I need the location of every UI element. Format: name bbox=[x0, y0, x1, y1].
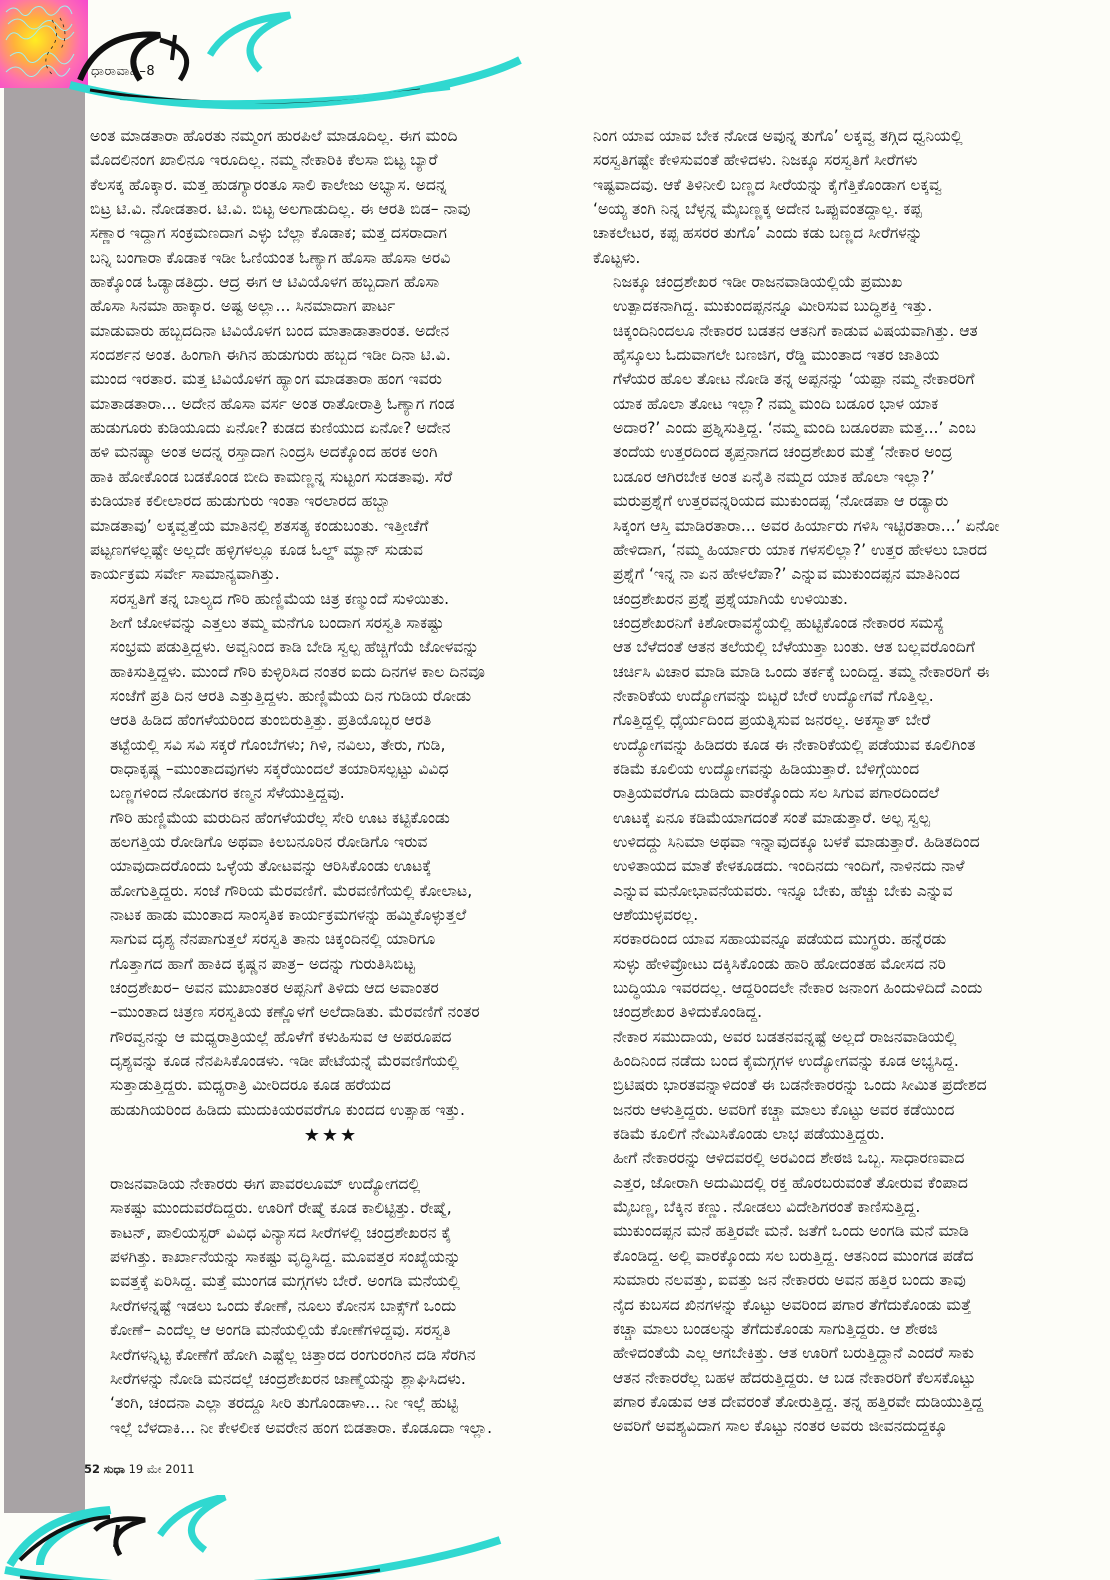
text-line: ಕುಡಿಯಾಕ ಕಲೀಲಾರದ ಹುಡುಗುರು ಇಂತಾ ಇರಲಾರದ ಹಬ್… bbox=[90, 489, 572, 513]
text-line: ರಾಧಾಕೃಷ್ಣ –ಮುಂತಾದವುಗಳು ಸಕ್ಕರೆಯಿಂದಲೆ ತಯಾರ… bbox=[90, 757, 572, 781]
text-line: ಕಾರ್ಯಕ್ರಮ ಸರ್ವೇ ಸಾಮಾನ್ಯವಾಗಿತ್ತು. bbox=[90, 562, 572, 586]
text-line: ಜನರು ಆಳುತ್ತಿದ್ದರು. ಅವರಿಗೆ ಕಚ್ಚಾ ಮಾಲು ಕೊಟ… bbox=[593, 1098, 1075, 1122]
text-line: ಚಂದ್ರಶೇಖರನ ಪ್ರಶ್ನೆ ಪ್ರಶ್ನೆಯಾಗಿಯೆ ಉಳಿಯಿತು… bbox=[593, 587, 1075, 611]
paragraph: ನೇಕಾರ ಸಮುದಾಯ, ಅವರ ಬಡತನವನ್ನಷ್ಟೆ ಅಲ್ಲದೆ ರಾ… bbox=[593, 1025, 1075, 1147]
text-line: ಹಾಕಿಸುತ್ತಿದ್ದಳು. ಮುಂದೆ ಗೌರಿ ಕುಳ್ಳಿರಿಸಿದ … bbox=[90, 660, 572, 684]
text-line: ಹೇಳಿದಾಗ, ‘ನಮ್ಮ ಹಿರ್ಯಾರು ಯಾಕ ಗಳಸಲಿಲ್ಲಾ?’ … bbox=[593, 538, 1075, 562]
text-line: ಹುಡುಗೂರು ಕುಡಿಯೂದು ಏನೋ? ಕುಡದ ಕುಣಿಯುದ ಏನೋ?… bbox=[90, 416, 572, 440]
text-line: ಸಿಕ್ಕಂಗ ಆಸ್ತಿ ಮಾಡಿರತಾರಾ... ಅವರ ಹಿರ್ಯಾರು … bbox=[593, 514, 1075, 538]
left-column: ಅಂತ ಮಾಡತಾರಾ ಹೊರತು ನಮ್ಮಂಗ ಹುರಪಿಲೆ ಮಾಡೂದಿಲ… bbox=[90, 124, 572, 1440]
issue-date: 19 ಮೇ 2011 bbox=[129, 1462, 195, 1476]
text-line: ಬಡೂರ ಆಗಿರಬೇಕ ಅಂತ ಏನೈತಿ ನಮ್ಮದ ಯಾಕ ಹೊಲಾ ಇಲ… bbox=[593, 465, 1075, 489]
paragraph: ಚಂದ್ರಶೇಖರನಿಗೆ ಕಿಶೋರಾವಸ್ಥೆಯಲ್ಲಿ ಹುಟ್ಟಿಕೊಂ… bbox=[593, 611, 1075, 927]
text-line: ಯಾವುದಾದರೊಂದು ಒಳ್ಳೆಯ ತೋಟವನ್ನು ಆರಿಸಿಕೊಂಡು … bbox=[90, 854, 572, 878]
swoosh-ornament-icon bbox=[60, 10, 560, 110]
text-line: ಸಣ್ಣಾರ ಇದ್ದಾಗ ಸಂಕ್ರಮಣದಾಗ ಎಳ್ಳು ಬೆಲ್ಲಾ ಕೊ… bbox=[90, 221, 572, 245]
text-line: ತಟ್ಟೆಯಲ್ಲಿ ಸವಿ ಸವಿ ಸಕ್ಕರೆ ಗೊಂಬೆಗಳು; ಗಿಳಿ… bbox=[90, 733, 572, 757]
text-line: ಉತ್ಪಾದಕನಾಗಿದ್ದ. ಮುಕುಂದಪ್ಪನನ್ನೂ ಮೀರಿಸುವ ಬ… bbox=[593, 294, 1075, 318]
text-line: ಬಣ್ಣಗಳಿಂದ ನೋಡುಗರ ಕಣ್ಮನ ಸೆಳೆಯುತ್ತಿದ್ದವು. bbox=[90, 781, 572, 805]
text-line: ನೇಕಾರಿಕೆಯ ಉದ್ಯೋಗವನ್ನು ಬಿಟ್ಟರೆ ಬೇರೆ ಉದ್ಯೋ… bbox=[593, 684, 1075, 708]
text-line: ಹಾಕಿ ಹೋಕೊಂಡ ಬಡಕೊಂಡ ಬೀದಿ ಕಾಮಣ್ಣನ್ನ ಸುಟ್ಟಂ… bbox=[90, 465, 572, 489]
text-line: ಸಂಭ್ರಮ ಪಡುತ್ತಿದ್ದಳು. ಅವ್ವನಿಂದ ಕಾಡಿ ಬೇಡಿ … bbox=[90, 635, 572, 659]
side-strip bbox=[4, 88, 85, 1513]
text-line: ಸಾಗುವ ದೃಶ್ಯ ನೆನಪಾಗುತ್ತಲೆ ಸರಸ್ವತಿ ತಾನು ಚಿ… bbox=[90, 927, 572, 951]
paragraph: ನಿಜಕ್ಕೂ ಚಂದ್ರಶೇಖರ ಇಡೀ ರಾಜನವಾಡಿಯಲ್ಲಿಯೆ ಪ್… bbox=[593, 270, 1075, 611]
text-line: ಚಿಕ್ಕಂದಿನಿಂದಲೂ ನೇಕಾರರ ಬಡತನ ಆತನಿಗೆ ಕಾಡುವ … bbox=[593, 319, 1075, 343]
text-line: ಅದಾರ?’ ಎಂದು ಪ್ರಶ್ನಿಸುತ್ತಿದ್ದ. ‘ನಮ್ಮ ಮಂದಿ… bbox=[593, 416, 1075, 440]
text-line: ಶೀಗೆ ಜೋಳವನ್ನು ಎತ್ತಲು ತಮ್ಮ ಮನೆಗೂ ಬಂದಾಗ ಸರ… bbox=[90, 611, 572, 635]
text-line: ಉಳಿದದ್ದು ಸಿನಿಮಾ ಅಥವಾ ಇನ್ನಾವುದಕ್ಕೂ ಬಳಕೆ ಮ… bbox=[593, 830, 1075, 854]
text-line: ಅವರಿಗೆ ಅವಶ್ಯವಿದಾಗ ಸಾಲ ಕೊಟ್ಟು ನಂತರ ಅವರು ಜ… bbox=[593, 1414, 1075, 1438]
text-line: ಸರಸ್ವತಿಗೆ ತನ್ನ ಬಾಲ್ಯದ ಗೌರಿ ಹುಣ್ಣಿಮೆಯ ಚಿತ… bbox=[90, 587, 572, 611]
text-line: ದೃಶ್ಯವನ್ನು ಕೂಡ ನೆನಪಿಸಿಕೊಂಡಳು. ಇಡೀ ಪೇಟೆಯನ… bbox=[90, 1049, 572, 1073]
text-line: ಹೊಸಾ ಸಿನಮಾ ಹಾಕ್ಕಾರ. ಅಷ್ಟ ಅಲ್ಲಾ... ಸಿನಮಾದ… bbox=[90, 294, 572, 318]
text-line: ಸುತ್ತಾಡುತ್ತಿದ್ದರು. ಮಧ್ಯರಾತ್ರಿ ಮೀರಿದರೂ ಕೂ… bbox=[90, 1073, 572, 1097]
text-line: ಕೆಲಸಕ್ಕ ಹೊಕ್ಕಾರ. ಮತ್ತ ಹುಡಗ್ಯಾರಂತೂ ಸಾಲಿ ಕ… bbox=[90, 173, 572, 197]
text-line: ಐವತ್ತಕ್ಕೆ ಏರಿಸಿದ್ದ. ಮತ್ತೆ ಮುಂಗಡ ಮಗ್ಗಗಳು … bbox=[90, 1269, 572, 1293]
text-line: ಆತನ ನೇಕಾರರೆಲ್ಲ ಬಹಳ ಹೆದರುತ್ತಿದ್ದರು. ಆ ಬಡ … bbox=[593, 1366, 1075, 1390]
text-line: ಇಷ್ಟವಾದವು. ಆಕೆ ತಿಳಿನೀಲಿ ಬಣ್ಣದ ಸೀರೆಯನ್ನು … bbox=[593, 173, 1075, 197]
text-line: ಬಿಟ್ರ ಟಿ.ವಿ. ನೋಡತಾರ. ಟಿ.ವಿ. ಬಿಟ್ಟ ಅಲಗಾಡು… bbox=[90, 197, 572, 221]
text-line: ತಂದೆಯ ಉತ್ತರದಿಂದ ತೃಪ್ತನಾಗದ ಚಂದ್ರಶೇಖರ ಮತ್ತ… bbox=[593, 440, 1075, 464]
text-line: ಆತ ಬೆಳೆದಂತೆ ಆತನ ತಲೆಯಲ್ಲಿ ಬೆಳೆಯುತ್ತಾ ಬಂತು… bbox=[593, 635, 1075, 659]
text-line: ಚಾಕಲೇಟರ, ಕಪ್ಪ ಹಸರರ ತುಗೊ’ ಎಂದು ಕಡು ಬಣ್ಣದ … bbox=[593, 221, 1075, 245]
text-line: ಚರ್ಚಿಸಿ ವಿಚಾರ ಮಾಡಿ ಮಾಡಿ ಒಂದು ತರ್ಕಕ್ಕೆ ಬಂ… bbox=[593, 660, 1075, 684]
text-line: ಯಾಕ ಹೊಲಾ ತೋಟ ಇಲ್ಲಾ? ನಮ್ಮ ಮಂದಿ ಬಡೂರ ಭಾಳ ಯ… bbox=[593, 392, 1075, 416]
text-line: ಊಟಕ್ಕೆ ಏನೂ ಕಡಿಮೆಯಾಗದಂತೆ ಸಂತೆ ಮಾಡುತ್ತಾರೆ.… bbox=[593, 806, 1075, 830]
text-line: ಗೆಳೆಯರ ಹೊಲ ತೋಟ ನೋಡಿ ತನ್ನ ಅಪ್ಪನನ್ನು ‘ಯಪ್ಪ… bbox=[593, 367, 1075, 391]
text-line: ನಿಜಕ್ಕೂ ಚಂದ್ರಶೇಖರ ಇಡೀ ರಾಜನವಾಡಿಯಲ್ಲಿಯೆ ಪ್… bbox=[593, 270, 1075, 294]
text-line: ಮಾಡುವಾರು ಹಬ್ಬದದಿನಾ ಟಿವಿಯೊಳಗ ಬಂದ ಮಾತಾಡಾತಾ… bbox=[90, 319, 572, 343]
text-line: ಬ್ರಿಟಿಷರು ಭಾರತವನ್ನಾಳಿದಂತೆ ಈ ಬಡನೇಕಾರರನ್ನು… bbox=[593, 1073, 1075, 1097]
text-line: ಎನ್ನುವ ಮನೋಭಾವನೆಯವರು. ಇನ್ನೂ ಬೇಕು, ಹೆಚ್ಚು … bbox=[593, 879, 1075, 903]
text-line: ಕಡಿಮೆ ಕೂಲಿಗೆ ನೇಮಿಸಿಕೊಂಡು ಲಾಭ ಪಡೆಯುತ್ತಿದ್… bbox=[593, 1122, 1075, 1146]
text-line: ನಿಂಗ ಯಾವ ಯಾವ ಬೇಕ ನೋಡ ಅವುನ್ನ ತುಗೊ’ ಲಕ್ಕವ್… bbox=[593, 124, 1075, 148]
text-line: ಗೌರಿ ಹುಣ್ಣಿಮೆಯ ಮರುದಿನ ಹೆಂಗಳೆಯರೆಲ್ಲ ಸೇರಿ … bbox=[90, 806, 572, 830]
paragraph: ರಾಜನವಾಡಿಯ ನೇಕಾರರು ಈಗ ಪಾವರಲೂಮ್ ಉದ್ಯೋಗದಲ್ಲ… bbox=[90, 1172, 572, 1391]
text-line: ಕೋಣೆ– ಎಂದೆಲ್ಲ ಆ ಅಂಗಡಿ ಮನೆಯಲ್ಲಿಯೆ ಕೋಣೆಗಳಿ… bbox=[90, 1318, 572, 1342]
text-line: ಹಳಿ ಮನಷ್ಯಾ ಅಂತ ಅದನ್ನ ರಸ್ತಾದಾಗ ನಿಂದ್ರಸಿ ಅ… bbox=[90, 440, 572, 464]
text-line: ಚಂದ್ರಶೇಖರ– ಅವನ ಮುಖಾಂತರ ಅಪ್ಪನಿಗೆ ತಿಳಿದು ಆ… bbox=[90, 976, 572, 1000]
text-line: ಪ್ರಶ್ನೆಗೆ ‘ಇನ್ನ ನಾ ಏನ ಹೇಳಲೆಪಾ?’ ಎನ್ನುವ ಮ… bbox=[593, 562, 1075, 586]
swoosh-ornament-icon bbox=[0, 1495, 520, 1580]
spacer bbox=[90, 1158, 572, 1172]
text-line: ಪಟ್ಟಣಗಳಲ್ಲಷ್ಟೇ ಅಲ್ಲದೇ ಹಳ್ಳಿಗಳಲ್ಲೂ ಕೂಡ ಓಲ… bbox=[90, 538, 572, 562]
text-line: ಬುದ್ಧಿಯೂ ಇವರದಲ್ಲ. ಆದ್ದರಿಂದಲೇ ನೇಕಾರ ಜನಾಂಗ… bbox=[593, 976, 1075, 1000]
paragraph: ಸರಸ್ವತಿಗೆ ತನ್ನ ಬಾಲ್ಯದ ಗೌರಿ ಹುಣ್ಣಿಮೆಯ ಚಿತ… bbox=[90, 587, 572, 806]
right-column: ನಿಂಗ ಯಾವ ಯಾವ ಬೇಕ ನೋಡ ಅವುನ್ನ ತುಗೊ’ ಲಕ್ಕವ್… bbox=[593, 124, 1075, 1439]
text-line: ನೈದ ಕುಬಸದ ಖಿನಗಳನ್ನು ಕೊಟ್ಟು ಅವರಿಂದ ಪಗಾರ ತ… bbox=[593, 1293, 1075, 1317]
text-line: ಹಾಕ್ಕೊಂಡ ಓಡ್ಯಾಡತಿದ್ರು. ಆದ್ರ ಈಗ ಆ ಟಿವಿಯೊಳ… bbox=[90, 270, 572, 294]
text-line: ಮುಂದ ಇರತಾರ. ಮತ್ತ ಟಿವಿಯೊಳಗ ಹ್ಯಾಂಗ ಮಾಡತಾರಾ… bbox=[90, 367, 572, 391]
paragraph: ‘ತಂಗಿ, ಚಂದನಾ ಎಲ್ಲಾ ತರದ್ದೂ ಸೀರಿ ತುಗೊಂಡಾಳಾ… bbox=[90, 1391, 572, 1440]
text-line: ಕಾಟನ್, ಪಾಲಿಯಸ್ಟರ್ ವಿವಿಧ ವಿನ್ಯಾಸದ ಸೀರೆಗಳಲ… bbox=[90, 1221, 572, 1245]
text-line: ಅಂತ ಮಾಡತಾರಾ ಹೊರತು ನಮ್ಮಂಗ ಹುರಪಿಲೆ ಮಾಡೂದಿಲ… bbox=[90, 124, 572, 148]
text-line: ಗೊತ್ತಿದ್ದಲ್ಲಿ ಧೈರ್ಯದಿಂದ ಪ್ರಯತ್ನಿಸುವ ಜನರಲ… bbox=[593, 708, 1075, 732]
text-line: ಹಲಗತ್ತಿಯ ರೋಡಿಗೊ ಅಥವಾ ಕಿಲಬನೂರಿನ ರೋಡಿಗೊ ಇರ… bbox=[90, 830, 572, 854]
text-line: ಆಶೆಯುಳ್ಳವರಲ್ಲ. bbox=[593, 903, 1075, 927]
section-break-stars: ★★★ bbox=[90, 1122, 572, 1158]
text-line: ಇಲ್ಲೆ ಬೆಳದಾಕಿ... ನೀ ಕೇಳಲೀಕ ಅವರೇನ ಹಂಗ ಬಿಡ… bbox=[90, 1416, 572, 1440]
text-line: ‘ಅಯ್ಯ ತಂಗಿ ನಿನ್ನ ಬೆಳ್ಳನ್ನ ಮೈಬಣ್ಣಕ್ಕ ಅದೇನ… bbox=[593, 197, 1075, 221]
text-line: ಉದ್ಯೋಗವನ್ನು ಹಿಡಿದರು ಕೂಡ ಈ ನೇಕಾರಿಕೆಯಲ್ಲಿ … bbox=[593, 733, 1075, 757]
text-line: –ಮುಂತಾದ ಚಿತ್ರಣ ಸರಸ್ವತಿಯ ಕಣ್ಣೊಳಗೆ ಅಲೆದಾಡಿ… bbox=[90, 1000, 572, 1024]
text-line: ಸರಕಾರದಿಂದ ಯಾವ ಸಹಾಯವನ್ನೂ ಪಡೆಯದ ಮುಗ್ಧರು. ಹ… bbox=[593, 927, 1075, 951]
paragraph: ಗೌರಿ ಹುಣ್ಣಿಮೆಯ ಮರುದಿನ ಹೆಂಗಳೆಯರೆಲ್ಲ ಸೇರಿ … bbox=[90, 806, 572, 1122]
text-line: ಸುಳ್ಳು ಹೇಳಿವ್ರೋಟು ದಕ್ಕಿಸಿಕೊಂಡು ಹಾರಿ ಹೋದಂ… bbox=[593, 952, 1075, 976]
text-line: ಹೈಸ್ಕೂಲು ಓದುವಾಗಲೇ ಬಣಜಿಗ, ರೆಡ್ಡಿ ಮುಂತಾದ ಇ… bbox=[593, 343, 1075, 367]
series-label: ಧಾರಾವಾಹಿ–8 bbox=[91, 64, 155, 79]
text-line: ಚಂದ್ರಶೇಖರ ತಿಳಿದುಕೊಂಡಿದ್ದ. bbox=[593, 1000, 1075, 1024]
text-line: ಚಂದ್ರಶೇಖರನಿಗೆ ಕಿಶೋರಾವಸ್ಥೆಯಲ್ಲಿ ಹುಟ್ಟಿಕೊಂ… bbox=[593, 611, 1075, 635]
text-line: ಗೊತ್ತಾಗದ ಹಾಗೆ ಹಾಕಿದ ಕೃಷ್ಣನ ಪಾತ್ರ– ಅದನ್ನು… bbox=[90, 952, 572, 976]
text-line: ಮುಕುಂದಪ್ಪನ ಮನೆ ಹತ್ತಿರವೇ ಮನೆ. ಜತೆಗೆ ಒಂದು … bbox=[593, 1219, 1075, 1243]
text-line: ಸಾಕಷ್ಟು ಮುಂದುವರೆದಿದ್ದರು. ಊರಿಗೆ ರೇಷ್ಮೆ ಕೂ… bbox=[90, 1196, 572, 1220]
text-line: ಗೌರವ್ವನನ್ನು ಆ ಮಧ್ಯರಾತ್ರಿಯಲ್ಲೆ ಹೊಳೆಗೆ ಕಳು… bbox=[90, 1025, 572, 1049]
text-line: ಸೀರೆಗಳನ್ನು ನೋಡಿ ಮನದಲ್ಲೆ ಚಂದ್ರಶೇಖರನ ಜಾಣ್ಮ… bbox=[90, 1367, 572, 1391]
text-line: ಪಗಾರ ಕೊಡುವ ಆತ ದೇವರಂತೆ ತೋರುತ್ತಿದ್ದ. ತನ್ನ … bbox=[593, 1390, 1075, 1414]
text-line: ಹಿಂದಿನಿಂದ ನಡೆದು ಬಂದ ಕೈಮಗ್ಗಗಳ ಉದ್ಯೋಗವನ್ನು… bbox=[593, 1049, 1075, 1073]
text-line: ಸರಸ್ವತಿಗಷ್ಟೇ ಕೇಳಿಸುವಂತೆ ಹೇಳಿದಳು. ನಿಜಕ್ಕೂ… bbox=[593, 148, 1075, 172]
paragraph: ಸರಕಾರದಿಂದ ಯಾವ ಸಹಾಯವನ್ನೂ ಪಡೆಯದ ಮುಗ್ಧರು. ಹ… bbox=[593, 927, 1075, 1024]
text-line: ಮೈಬಣ್ಣ, ಬೆಕ್ಕಿನ ಕಣ್ಣು. ನೋಡಲು ವಿದೇಶಿಗರಂತೆ… bbox=[593, 1195, 1075, 1219]
text-line: ಕಚ್ಚಾ ಮಾಲು ಬಂಡಲನ್ನು ತೆಗೆದುಕೊಂಡು ಸಾಗುತ್ತಿ… bbox=[593, 1317, 1075, 1341]
page-number: 52 bbox=[84, 1462, 100, 1476]
text-line: ಮರುಪ್ರಶ್ನೆಗೆ ಉತ್ತರವನ್ನರಿಯದ ಮುಕುಂದಪ್ಪ ‘ನೋ… bbox=[593, 489, 1075, 513]
paragraph: ಅಂತ ಮಾಡತಾರಾ ಹೊರತು ನಮ್ಮಂಗ ಹುರಪಿಲೆ ಮಾಡೂದಿಲ… bbox=[90, 124, 572, 587]
text-line: ಹೇಳಿದಂತೆಯೆ ಎಲ್ಲ ಆಗಬೇಕಿತ್ತು. ಆತ ಊರಿಗೆ ಬರು… bbox=[593, 1341, 1075, 1365]
text-line: ಉಳಿತಾಯದ ಮಾತೆ ಕೇಳಕೂಡದು. ಇಂದಿನದು ಇಂದಿಗೆ, ನ… bbox=[593, 854, 1075, 878]
text-line: ಸುಮಾರು ನಲವತ್ತು, ಐವತ್ತು ಜನ ನೇಕಾರರು ಅವನ ಹತ… bbox=[593, 1268, 1075, 1292]
text-line: ಹೀಗೆ ನೇಕಾರರನ್ನು ಆಳಿದವರಲ್ಲಿ ಅರವಿಂದ ಶೇಠಜಿ … bbox=[593, 1146, 1075, 1170]
magazine-name: ಸುಧಾ bbox=[104, 1462, 125, 1476]
text-line: ಸಂದರ್ಶನ ಅಂತ. ಹಿಂಗಾಗಿ ಈಗಿನ ಹುಡುಗುರು ಹಬ್ಬದ… bbox=[90, 343, 572, 367]
text-line: ಕಡಿಮೆ ಕೂಲಿಯ ಉದ್ಯೋಗವನ್ನು ಹಿಡಿಯುತ್ತಾರೆ. ಬೆ… bbox=[593, 757, 1075, 781]
text-line: ಬನ್ನಿ ಬಂಗಾರಾ ಕೊಡಾಕ ಇಡೀ ಓಣಿಯಂತ ಓಣ್ಯಾಗ ಹೊಸ… bbox=[90, 246, 572, 270]
text-line: ಹೋಗುತ್ತಿದ್ದರು. ಸಂಜೆ ಗೌರಿಯ ಮೆರವಣಿಗೆ. ಮೆರವ… bbox=[90, 879, 572, 903]
text-line: ಹುಡುಗಿಯರಿಂದ ಹಿಡಿದು ಮುದುಕಿಯರವರೆಗೂ ಕುಂದದ ಉ… bbox=[90, 1098, 572, 1122]
text-line: ರಾಜನವಾಡಿಯ ನೇಕಾರರು ಈಗ ಪಾವರಲೂಮ್ ಉದ್ಯೋಗದಲ್ಲ… bbox=[90, 1172, 572, 1196]
paragraph: ಹೀಗೆ ನೇಕಾರರನ್ನು ಆಳಿದವರಲ್ಲಿ ಅರವಿಂದ ಶೇಠಜಿ … bbox=[593, 1146, 1075, 1438]
text-line: ಪಳಗಿತ್ತು. ಕಾರ್ಖಾನೆಯನ್ನು ಸಾಕಷ್ಟು ವೃದ್ಧಿಸಿ… bbox=[90, 1245, 572, 1269]
text-line: ‘ತಂಗಿ, ಚಂದನಾ ಎಲ್ಲಾ ತರದ್ದೂ ಸೀರಿ ತುಗೊಂಡಾಳಾ… bbox=[90, 1391, 572, 1415]
paragraph: ನಿಂಗ ಯಾವ ಯಾವ ಬೇಕ ನೋಡ ಅವುನ್ನ ತುಗೊ’ ಲಕ್ಕವ್… bbox=[593, 124, 1075, 270]
text-line: ಸಂಜೆಗೆ ಪ್ರತಿ ದಿನ ಆರತಿ ಎತ್ತುತ್ತಿದ್ದಳು. ಹು… bbox=[90, 684, 572, 708]
text-line: ಕೊಟ್ಟಳು. bbox=[593, 246, 1075, 270]
text-line: ಸೀರೆಗಳನ್ನಿಟ್ಟ ಕೋಣೆಗೆ ಹೋಗಿ ಎಷ್ಟೆಲ್ಲ ಚಿತ್ತ… bbox=[90, 1343, 572, 1367]
text-line: ಕೊಂಡಿದ್ದ. ಅಲ್ಲಿ ವಾರಕ್ಕೊಂದು ಸಲ ಬರುತ್ತಿದ್ದ… bbox=[593, 1244, 1075, 1268]
text-line: ಎತ್ತರ, ಜೋರಾಗಿ ಅದುಮಿದಲ್ಲಿ ರಕ್ತ ಹೊರಬರುವಂತೆ… bbox=[593, 1171, 1075, 1195]
text-line: ಮೊದಲಿನಂಗ ಖಾಲಿನೂ ಇರೂದಿಲ್ಲ. ನಮ್ಮ ನೇಕಾರಿಕಿ … bbox=[90, 148, 572, 172]
text-line: ನಾಟಕ ಹಾಡು ಮುಂತಾದ ಸಾಂಸ್ಕತಿಕ ಕಾರ್ಯಕ್ರಮಗಳನ್… bbox=[90, 903, 572, 927]
text-line: ಆರತಿ ಹಿಡಿದ ಹೆಂಗಳೆಯರಿಂದ ತುಂಬಿರುತ್ತಿತ್ತು. … bbox=[90, 708, 572, 732]
text-line: ಸೀರೆಗಳನ್ನಷ್ಟೆ ಇಡಲು ಒಂದು ಕೋಣೆ, ನೂಲು ಕೋನಸ … bbox=[90, 1294, 572, 1318]
page-folio: 52 ಸುಧಾ 19 ಮೇ 2011 bbox=[84, 1462, 195, 1477]
text-line: ನೇಕಾರ ಸಮುದಾಯ, ಅವರ ಬಡತನವನ್ನಷ್ಟೆ ಅಲ್ಲದೆ ರಾ… bbox=[593, 1025, 1075, 1049]
text-line: ರಾತ್ರಿಯವರೆಗೂ ದುಡಿದು ವಾರಕ್ಕೊಂದು ಸಲ ಸಿಗುವ … bbox=[593, 781, 1075, 805]
text-line: ಮಾತಾಡತಾರಾ... ಅದೇನ ಹೊಸಾ ವರ್ಸ ಅಂತ ರಾತೋರಾತ್… bbox=[90, 392, 572, 416]
text-line: ಮಾಡತಾವು’ ಲಕ್ಕವ್ವತ್ತೆಯ ಮಾತಿನಲ್ಲಿ ಶತಸತ್ಯ ಕ… bbox=[90, 514, 572, 538]
